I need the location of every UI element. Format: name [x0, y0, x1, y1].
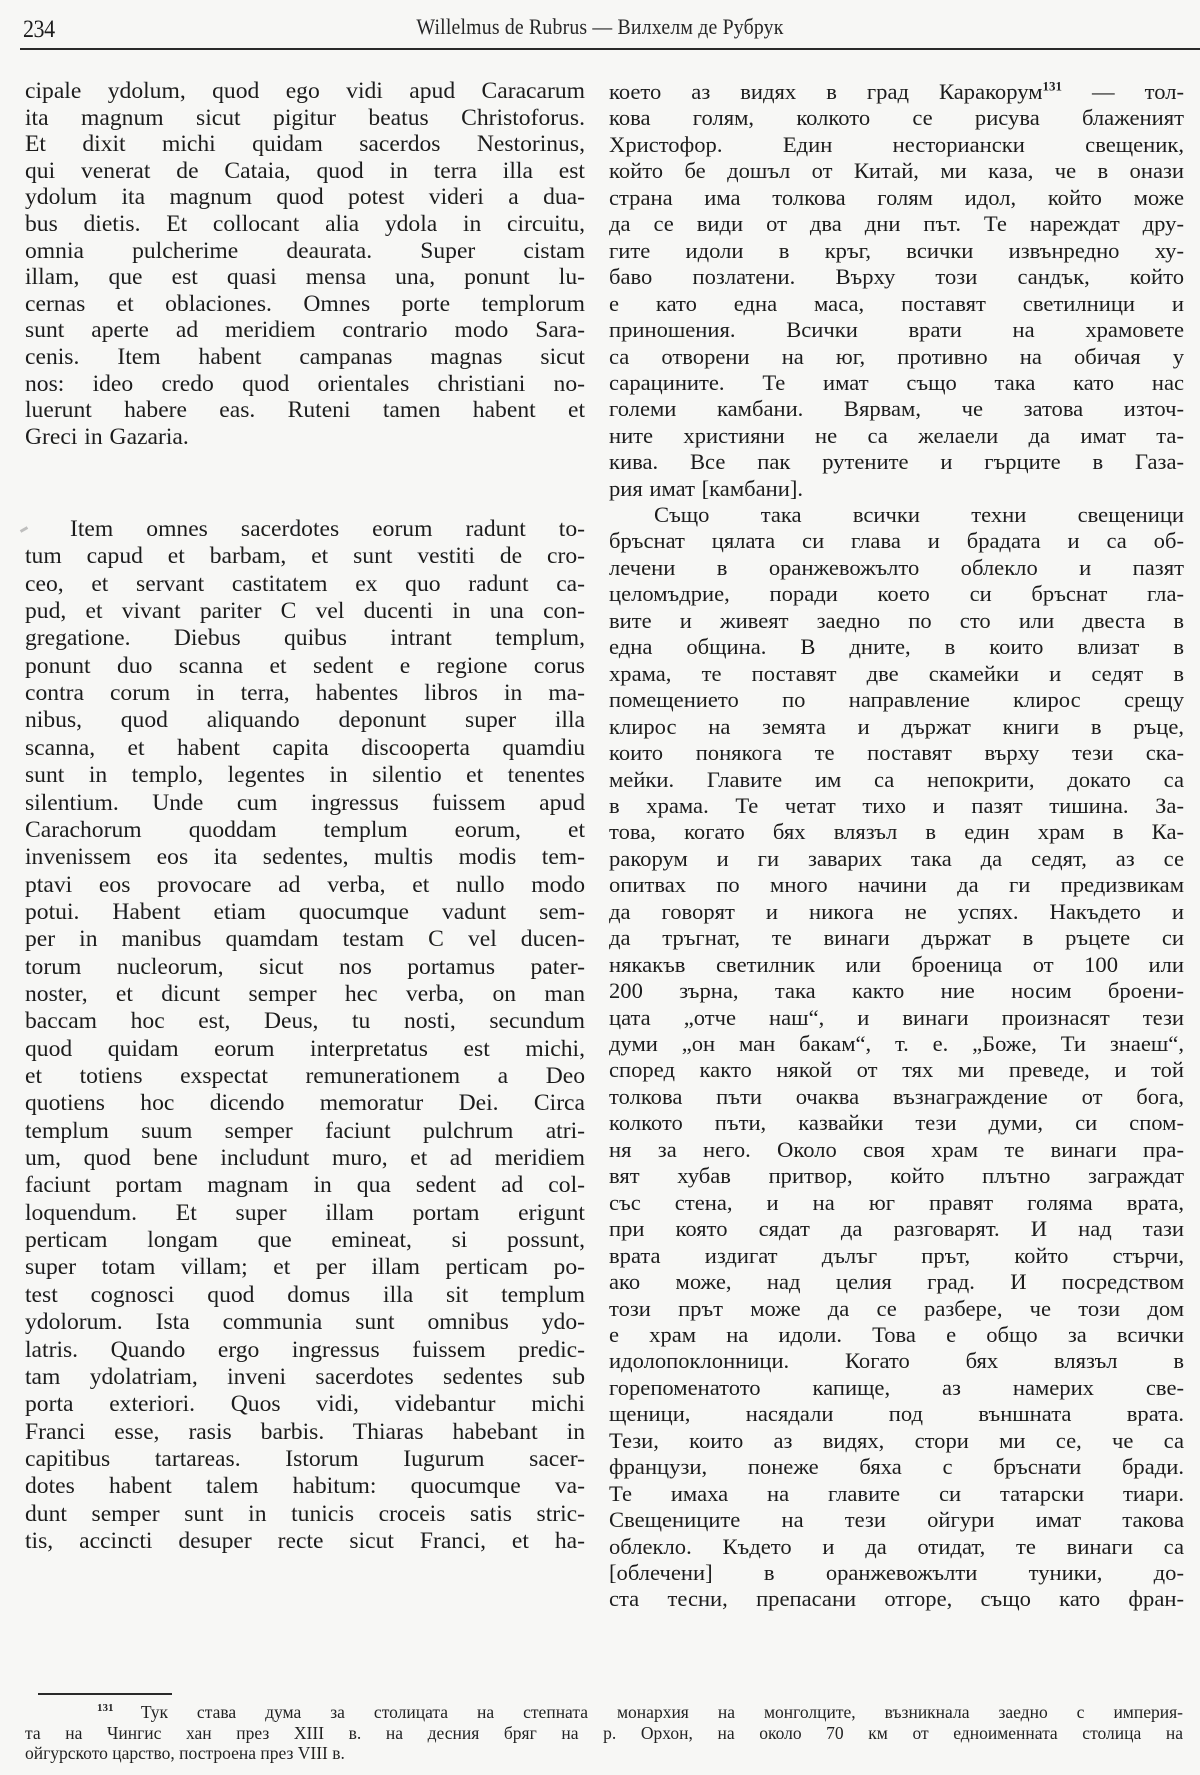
text-line: dunt semper sunt in tunicis croceis sati…: [25, 1501, 585, 1528]
text-line: bus dietis. Et collocant alia ydola in c…: [25, 211, 585, 238]
text-line: gregatione. Diebus quibus intrant templu…: [25, 625, 585, 652]
text-line: ydolum ita magnum quod potest videri a d…: [25, 184, 585, 211]
text-line: loquendum. Et super illam portam erigunt: [25, 1200, 585, 1227]
text-line: това, когато бях влязъл в един храм в Ка…: [609, 818, 1184, 845]
text-line: клирос на земята и държат книги в ръце,: [609, 713, 1184, 740]
text-line: Franci esse, rasis barbis. Thiaras habeb…: [25, 1419, 585, 1446]
text-line: capitibus tartareas. Istorum Iugurum sac…: [25, 1446, 585, 1473]
text-line: които понякога те поставят върху тези ск…: [609, 739, 1184, 766]
text-line: да говорят и никога не успях. Накъдето и: [609, 898, 1184, 925]
text-line: qui venerat de Cataia, quod in terra ill…: [25, 158, 585, 185]
text-line: Също така всички техни свещеници: [609, 501, 1184, 528]
text-line: Свещениците на тези ойгури имат такова: [609, 1506, 1184, 1533]
text-line: вят хубав притвор, който плътно загражда…: [609, 1162, 1184, 1189]
text-line: test cognosci quod domus illa sit templu…: [25, 1282, 585, 1309]
text-line: да се види от два дни път. Те нареждат д…: [609, 210, 1184, 237]
text-line: облекло. Където и да отидат, те винаги с…: [609, 1533, 1184, 1560]
text-line: invenissem eos ita sedentes, multis modi…: [25, 844, 585, 871]
text-line: със стена, и на юг правят голяма врата,: [609, 1189, 1184, 1216]
text-line: luerunt habere eas. Ruteni tamen habent …: [25, 397, 585, 424]
text-line: приношения. Всички врати на храмовете: [609, 316, 1184, 343]
text-line: torum nucleorum, sicut nos portamus pate…: [25, 954, 585, 981]
text-line: templum suum semper faciunt pulchrum atr…: [25, 1118, 585, 1145]
text-line: ракорум и ги заварих така да седят, аз с…: [609, 845, 1184, 872]
text-line: ако може, над целия град. И посредством: [609, 1268, 1184, 1295]
text-line: contra corum in terra, habentes libros i…: [25, 680, 585, 707]
text-line: Item omnes sacerdotes eorum radunt to-: [25, 516, 585, 543]
text-line: щеници, насядали под външната врата.: [609, 1400, 1184, 1427]
text-line: Христофор. Един несториански свещеник,: [609, 131, 1184, 158]
text-line: ydolorum. Ista communia sunt omnibus ydo…: [25, 1309, 585, 1336]
text-line: noster, et dicunt semper hec verba, on m…: [25, 981, 585, 1008]
text-line: et totiens exspectat remunerationem a De…: [25, 1063, 585, 1090]
text-line: ста тесни, препасани отгоре, също като ф…: [609, 1585, 1184, 1612]
text-line: cenis. Item habent campanas magnas sicut: [25, 344, 585, 371]
text-line: при която сядат да разговарят. И над таз…: [609, 1215, 1184, 1242]
text-line: храма, те поставят две скамейки и седят …: [609, 660, 1184, 687]
text-line: tis, accincti desuper recte sicut Franci…: [25, 1528, 585, 1555]
text-line: което аз видях в град Каракорум131 — тол…: [609, 78, 1184, 105]
text-line: Carachorum quoddam templum eorum, et: [25, 817, 585, 844]
text-line: врата издигат дълъг прът, който стърчи,: [609, 1242, 1184, 1269]
text-line: кова голям, колкото се рисува блаженият: [609, 104, 1184, 131]
footnote-rule: [38, 1693, 172, 1695]
text-line: tam ydolatriam, inveni sacerdotes sedent…: [25, 1364, 585, 1391]
text-line: dotes habent talem habitum: quocumque va…: [25, 1473, 585, 1500]
text-line: quotiens hoc dicendo memoratur Dei. Circ…: [25, 1090, 585, 1117]
footnote-line: та на Чингис хан през XIII в. на десния …: [25, 1723, 1183, 1744]
text-line: super totam villam; et per illam pertica…: [25, 1254, 585, 1281]
text-line: baccam hoc est, Deus, tu nosti, secundum: [25, 1008, 585, 1035]
text-line: горепоменатото капище, аз намерих све-: [609, 1374, 1184, 1401]
text-line: scanna, et habent capita discooperta qua…: [25, 735, 585, 762]
text-line: quod quidam eorum interpretatus est mich…: [25, 1036, 585, 1063]
text-line: някакъв светилник или броеница от 100 ил…: [609, 951, 1184, 978]
text-line: tum capud et barbam, et sunt vestiti de …: [25, 543, 585, 570]
text-line: ponunt duo scanna et sedent e regione co…: [25, 653, 585, 680]
text-line: Greci in Gazaria.: [25, 424, 585, 451]
text-line: latris. Quando ergo ingressus fuissem pr…: [25, 1337, 585, 1364]
footnote-reference[interactable]: 131: [1043, 78, 1063, 93]
text-line: ните християни не са желаели да имат та-: [609, 422, 1184, 449]
text-line: perticam longam que emineat, si possunt,: [25, 1227, 585, 1254]
text-line: бръснат цялата си глава и брадата и са о…: [609, 527, 1184, 554]
text-line: лечени в оранжевожълто облекло и пазят: [609, 554, 1184, 581]
text-line: да тръгнат, те винаги държат в ръцете си: [609, 924, 1184, 951]
text-line: potui. Habent etiam quocumque vadunt sem…: [25, 899, 585, 926]
text-line: Et dixit michi quidam sacerdos Nestorinu…: [25, 131, 585, 158]
text-line: идолопоклонници. Когато бях влязъл в: [609, 1347, 1184, 1374]
text-line: колкото пъти, казвайки тези думи, си спо…: [609, 1109, 1184, 1136]
text-line: ptavi eos provocare ad verba, et nullo m…: [25, 872, 585, 899]
text-line: sunt in templo, legentes in silentio et …: [25, 762, 585, 789]
text-line: Тези, които аз видях, стори ми се, че са: [609, 1427, 1184, 1454]
text-line: толкова пъти очаква възнаграждение от бо…: [609, 1083, 1184, 1110]
footnote-line: 131 Тук става дума за столицата на степн…: [25, 1702, 1183, 1723]
text-line: per in manibus quamdam testam C vel duce…: [25, 926, 585, 953]
text-line: е като една маса, поставят светилници и: [609, 290, 1184, 317]
text-line: рия имат [камбани].: [609, 475, 1184, 502]
footnote-number: 131: [97, 1702, 141, 1714]
text-line: думи „он ман бакам“, т. е. „Боже, Ти зна…: [609, 1030, 1184, 1057]
text-line: големи камбани. Вярвам, че затова източ-: [609, 395, 1184, 422]
text-line: ita magnum sicut pigitur beatus Christof…: [25, 105, 585, 132]
text-line: Те имаха на главите си татарски тиари.: [609, 1480, 1184, 1507]
text-line: sunt aperte ad meridiem contrario modo S…: [25, 317, 585, 344]
text-line: porta exteriori. Quos vidi, videbantur m…: [25, 1391, 585, 1418]
running-title-text: Willelmus de Rubrus — Вилхелм де Рубрук: [416, 14, 783, 40]
text-line: който бе дошъл от Китай, ми каза, че в о…: [609, 157, 1184, 184]
text-line: е храм на идоли. Това е общо за всички: [609, 1321, 1184, 1348]
text-line: целомъдрие, поради което си бръснат гла-: [609, 580, 1184, 607]
text-line: са отворени на юг, противно на обичая у: [609, 343, 1184, 370]
text-line: nibus, quod aliquando deponunt super ill…: [25, 707, 585, 734]
text-line: помещението по направление клирос срещу: [609, 686, 1184, 713]
text-line: вите и живеят заедно по сто или двеста в: [609, 607, 1184, 634]
text-line: cernas et oblaciones. Omnes porte templo…: [25, 291, 585, 318]
text-line: страна има толкова голям идол, който мож…: [609, 184, 1184, 211]
text-line: цата „отче наш“, и винаги произнасят тез…: [609, 1004, 1184, 1031]
text-line: в храма. Те четат тихо и пазят тишина. З…: [609, 792, 1184, 819]
text-line: pud, et vivant pariter C vel ducenti in …: [25, 598, 585, 625]
text-line: faciunt portam magnam in qua sedent ad c…: [25, 1172, 585, 1199]
text-line: 200 зърна, така както ние носим броени-: [609, 977, 1184, 1004]
text-line: [облечени] в оранжевожълти туники, до-: [609, 1559, 1184, 1586]
text-line: ceo, et servant castitatem ex quo radunt…: [25, 571, 585, 598]
text-line: silentium. Unde cum ingressus fuissem ap…: [25, 790, 585, 817]
text-line: nos: ideo credo quod orientales christia…: [25, 371, 585, 398]
text-line: um, quod bene includunt muro, et ad meri…: [25, 1145, 585, 1172]
text-line: опитвах по много начини да ги предизвика…: [609, 871, 1184, 898]
header-rule: [20, 48, 1200, 50]
text-line: cipale ydolum, quod ego vidi apud Caraca…: [25, 78, 585, 105]
text-line: французи, понеже бяха с бръснати бради.: [609, 1453, 1184, 1480]
text-line: една община. В дните, в които влизат в: [609, 633, 1184, 660]
text-line: ня за него. Около своя храм те винаги пр…: [609, 1136, 1184, 1163]
text-line: този прът може да се разбере, че този до…: [609, 1295, 1184, 1322]
text-line: сарацините. Те имат също така като нас: [609, 369, 1184, 396]
text-line: omnia pulcherime deaurata. Super cistam: [25, 238, 585, 265]
text-line: гите идоли в кръг, всички извънредно ху-: [609, 237, 1184, 264]
running-title: Willelmus de Rubrus — Вилхелм де Рубрук: [0, 14, 1200, 40]
text-line: баво позлатени. Върху този сандък, който: [609, 263, 1184, 290]
text-line: според както някой от тях ми преведе, и …: [609, 1056, 1184, 1083]
footnote-line: ойгурското царство, построена през VIII …: [25, 1743, 1183, 1764]
text-line: illam, que est quasi mensa una, ponunt l…: [25, 264, 585, 291]
text-line: кива. Все пак рутените и гърците в Газа-: [609, 448, 1184, 475]
text-line: мейки. Главите им са непокрити, докато с…: [609, 766, 1184, 793]
